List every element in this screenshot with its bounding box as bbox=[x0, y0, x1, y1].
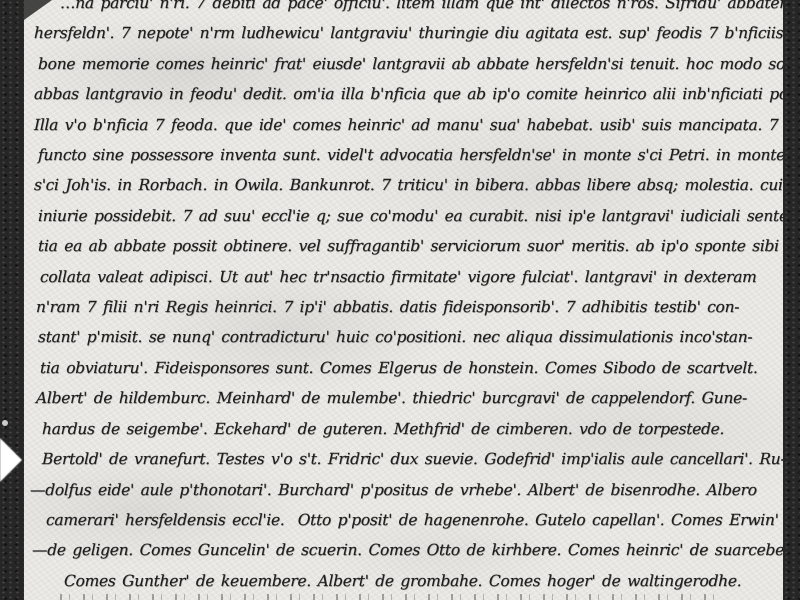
manuscript-line: Bertold' de vranefurt. Testes v'o s't. F… bbox=[30, 444, 783, 474]
manuscript-line: iniurie possidebit. 7 ad suu' eccl'ie q;… bbox=[30, 201, 783, 231]
manuscript-line: tia obviaturu'. Fideisponsores sunt. Com… bbox=[30, 353, 783, 383]
truncated-bottom-line bbox=[60, 594, 720, 600]
manuscript-line: —dolfus eide' aule p'thonotari'. Burchar… bbox=[30, 475, 783, 505]
edge-notch bbox=[0, 438, 22, 482]
manuscript-line: tia ea ab abbate possit obtinere. vel su… bbox=[30, 231, 783, 261]
manuscript-line: collata valeat adipisci. Ut aut' hec tr'… bbox=[30, 262, 783, 292]
manuscript-line: functo sine possessore inventa sunt. vid… bbox=[30, 140, 783, 170]
manuscript-line: Albert' de hildemburc. Meinhard' de mule… bbox=[30, 383, 783, 413]
manuscript-line: Comes Gunther' de keuembere. Albert' de … bbox=[30, 566, 783, 596]
edge-speck bbox=[2, 420, 8, 426]
manuscript-line: camerari' hersfeldensis eccl'ie. Otto p'… bbox=[30, 505, 783, 535]
manuscript-line: hersfeldn'. 7 nepote' n'rm ludhewicu' la… bbox=[30, 18, 783, 48]
film-border-left bbox=[0, 0, 24, 600]
manuscript-line: abbas lantgravio in feodu' dedit. om'ia … bbox=[30, 79, 783, 109]
manuscript-scan: …na parciu' n'ri. 7 debiti ad pace' offi… bbox=[0, 0, 800, 600]
manuscript-line: —de geligen. Comes Guncelin' de scuerin.… bbox=[30, 535, 783, 565]
manuscript-text: …na parciu' n'ri. 7 debiti ad pace' offi… bbox=[24, 0, 783, 596]
manuscript-line: stant' p'misit. se nunq' contradicturu' … bbox=[30, 322, 783, 352]
manuscript-line: bone memorie comes heinric' frat' eiusde… bbox=[30, 49, 783, 79]
manuscript-line: n'ram 7 filii n'ri Regis heinrici. 7 ip'… bbox=[30, 292, 783, 322]
manuscript-line: Illa v'o b'nficia 7 feoda. que ide' come… bbox=[30, 110, 783, 140]
manuscript-line: hardus de seigembe'. Eckehard' de gutere… bbox=[30, 414, 783, 444]
film-corner-wedge bbox=[24, 0, 52, 20]
manuscript-line: s'ci Joh'is. in Rorbach. in Owila. Banku… bbox=[30, 170, 783, 200]
film-border-right bbox=[783, 0, 800, 600]
manuscript-line: …na parciu' n'ri. 7 debiti ad pace' offi… bbox=[30, 0, 783, 18]
